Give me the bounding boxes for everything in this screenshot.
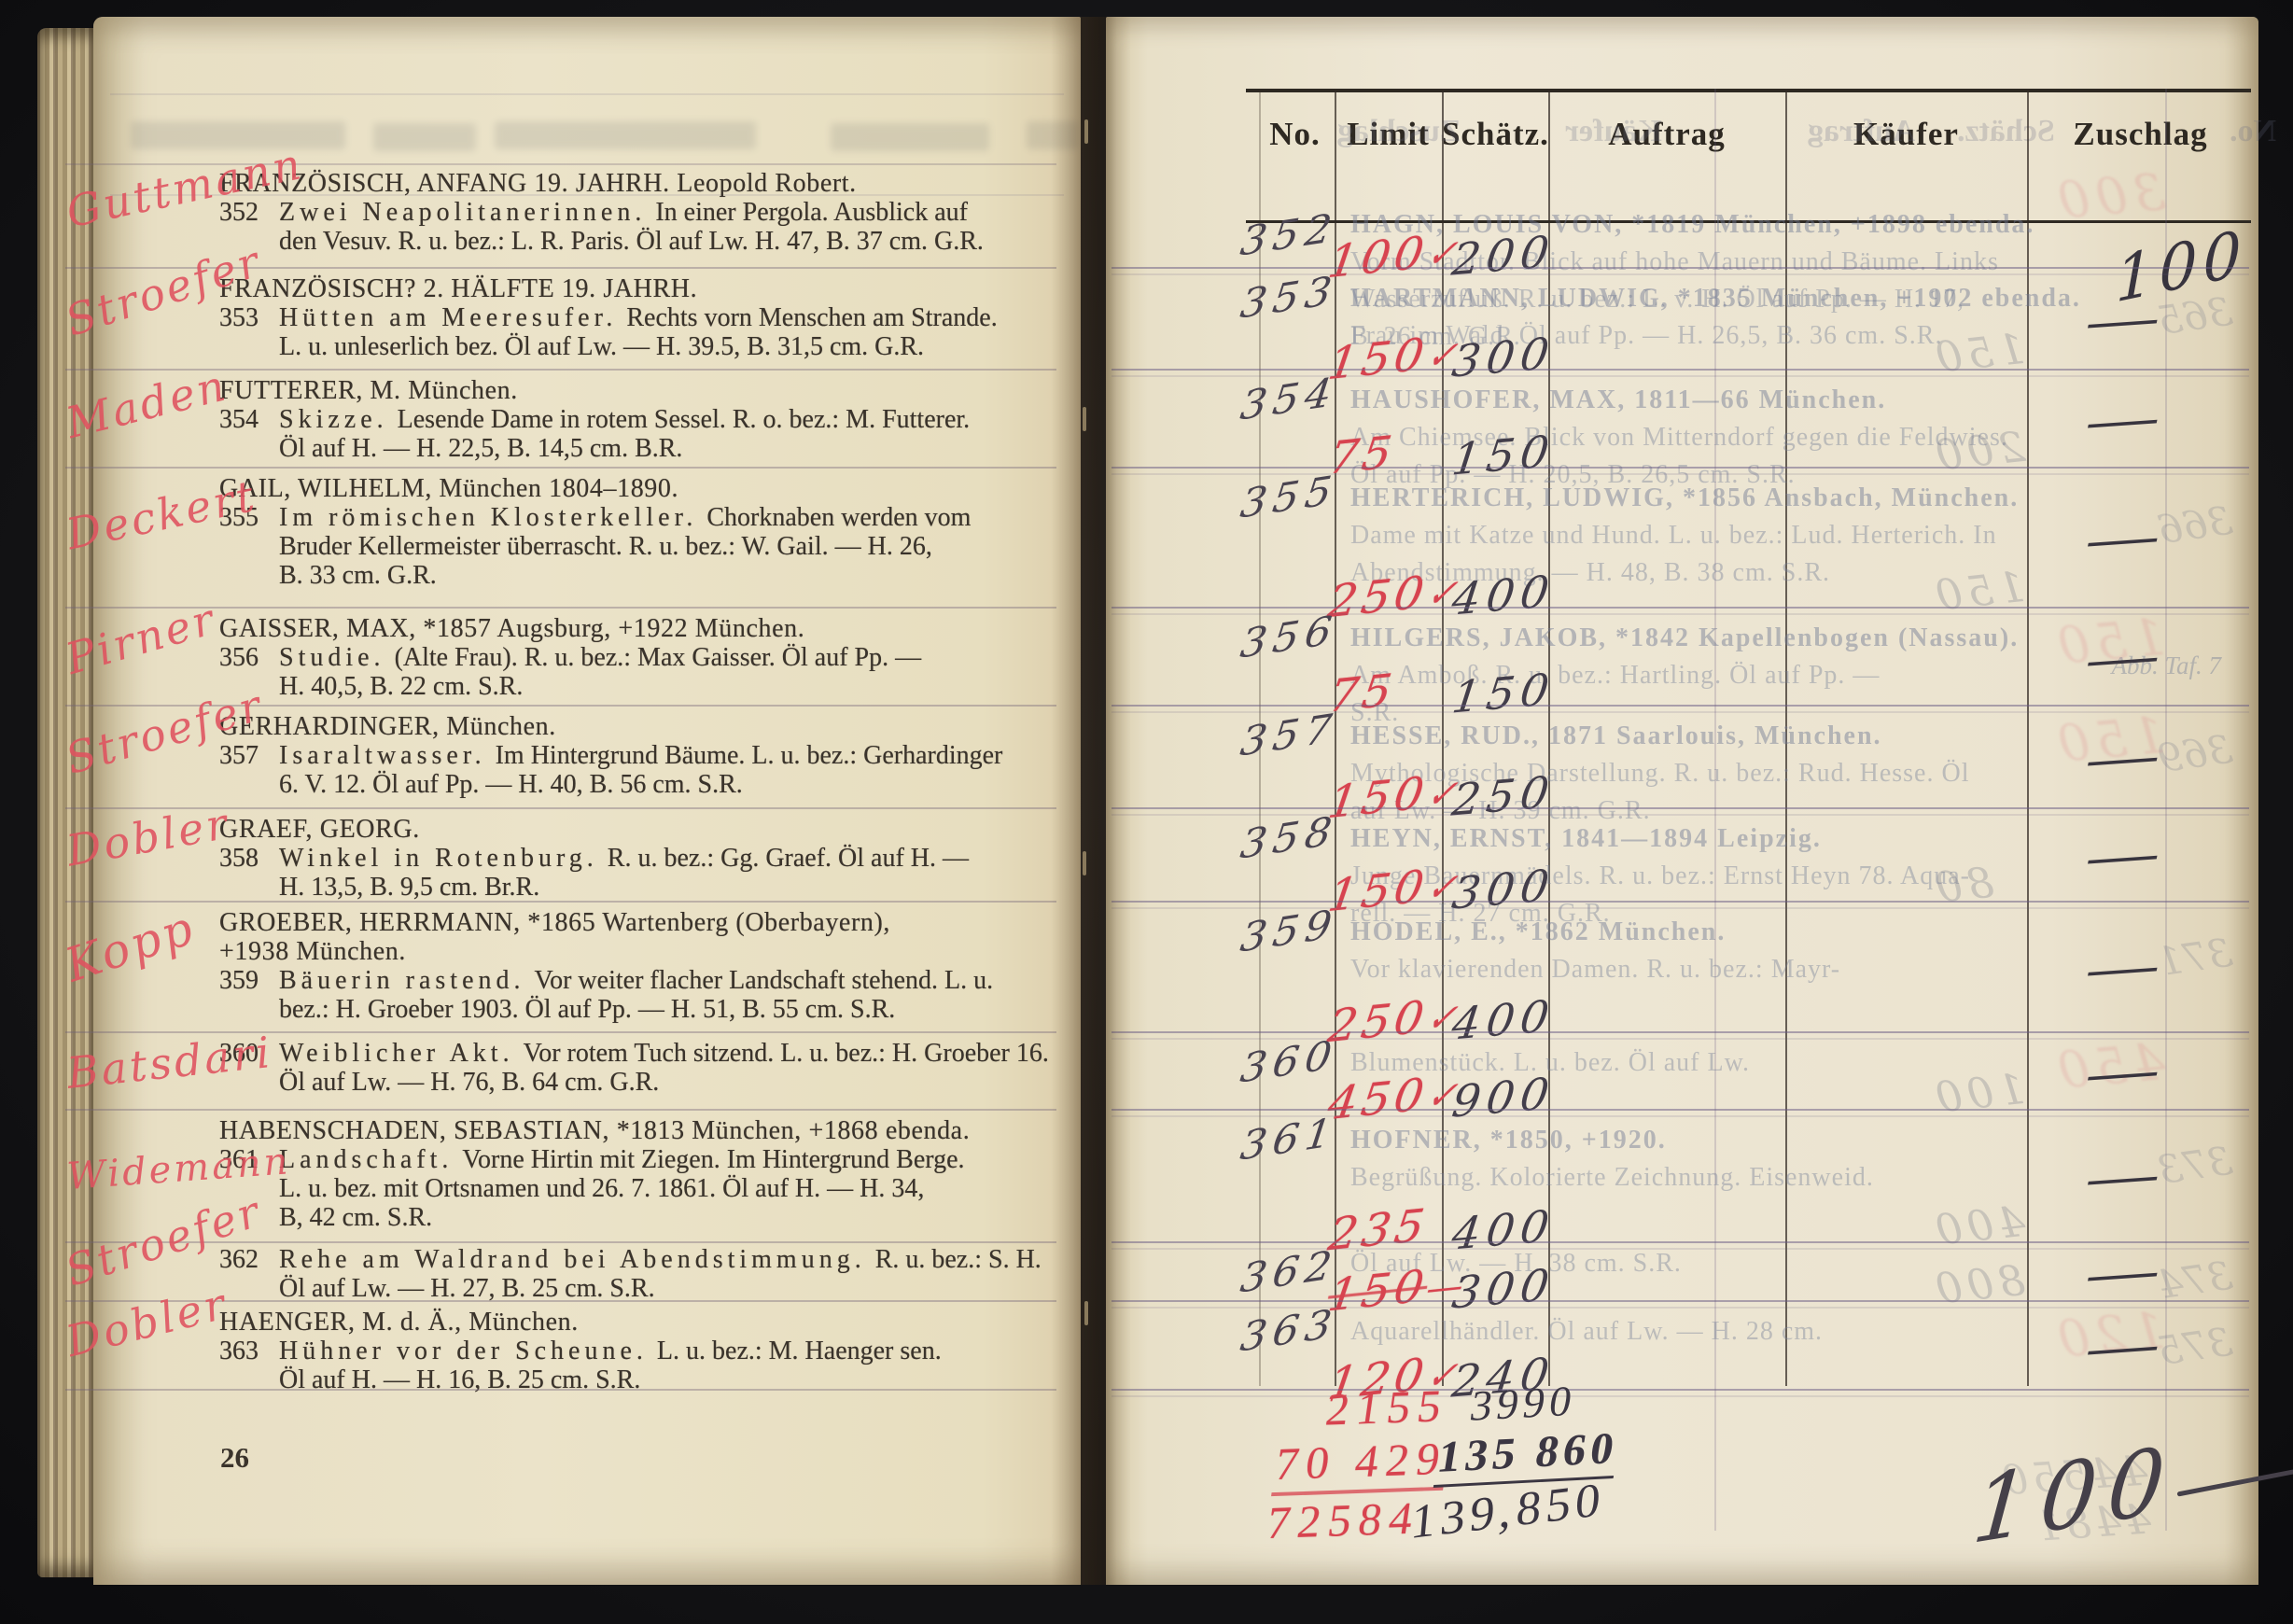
lot-title: Im römischen Klosterkeller. bbox=[279, 503, 697, 532]
lot-title-line: 354Skizze.Lesende Dame in rotem Sessel. … bbox=[219, 405, 1053, 434]
page-number: 26 bbox=[220, 1441, 249, 1475]
lot-title-rest: Vor rotem Tuch sitzend. L. u. bez.: H. G… bbox=[524, 1039, 1049, 1068]
col-header-zuschlag: Zuschlag bbox=[2027, 116, 2254, 153]
handwritten-hammer-price: — bbox=[2082, 287, 2161, 351]
lot-title: Isaraltwasser. bbox=[279, 741, 486, 770]
lot-detail-line: Öl auf Lw. — H. 27, B. 25 cm. S.R. bbox=[279, 1274, 1053, 1303]
lot-title: Winkel in Rotenburg. bbox=[279, 844, 598, 873]
lot-detail-line: Öl auf Lw. — H. 76, B. 64 cm. G.R. bbox=[279, 1068, 1053, 1097]
lot-entry: Kopp GROEBER, HERRMANN, *1865 Wartenberg… bbox=[93, 903, 1081, 1033]
lot-title-rest: In einer Pergola. Ausblick auf bbox=[655, 198, 968, 227]
lot-detail-line: den Vesuv. R. u. bez.: L. R. Paris. Öl a… bbox=[279, 227, 1053, 256]
row-rule bbox=[1112, 1389, 2249, 1391]
handwritten-lot-number: 362 bbox=[1237, 1241, 1340, 1302]
handwritten-lot-number: 355 bbox=[1237, 467, 1340, 527]
show-through-smudge bbox=[373, 123, 476, 151]
lot-text: GAISSER, MAX, *1857 Augsburg, +1922 Münc… bbox=[219, 609, 1053, 701]
lot-title: Hühner vor der Scheune. bbox=[279, 1337, 648, 1365]
handwritten-hammer-price: — bbox=[2082, 936, 2161, 1000]
lot-text: 360Weiblicher Akt.Vor rotem Tuch sitzend… bbox=[219, 1033, 1053, 1097]
lot-text: GAIL, WILHELM, München 1804–1890. 355Im … bbox=[219, 469, 1053, 590]
lot-text: GERHARDINGER, München. 357Isaraltwasser.… bbox=[219, 707, 1053, 799]
lot-text: FUTTERER, M. München. 354Skizze.Lesende … bbox=[219, 371, 1053, 463]
lot-number: 353 bbox=[219, 303, 279, 332]
ledger-row: HEYN, ERNST, 1841—1894 Leipzig. Junge Ba… bbox=[1106, 809, 2258, 903]
lot-artist-line: GERHARDINGER, München. bbox=[219, 712, 1053, 741]
lot-detail-line: H. 13,5, B. 9,5 cm. Br.R. bbox=[279, 873, 1053, 902]
lot-title-line: 360Weiblicher Akt.Vor rotem Tuch sitzend… bbox=[219, 1039, 1053, 1068]
ledger-row: Aquarellhändler. Öl auf Lw. — H. 28 cm. … bbox=[1106, 1302, 2258, 1391]
lot-title-rest: (Alte Frau). R. u. bez.: Max Gaisser. Öl… bbox=[395, 643, 922, 672]
sum-line: 3990 bbox=[1467, 1373, 1630, 1431]
col-header-no: No. bbox=[1255, 116, 1335, 153]
lot-detail-line: Öl auf H. — H. 22,5, B. 14,5 cm. B.R. bbox=[279, 434, 1053, 463]
lot-title: Skizze. bbox=[279, 405, 388, 434]
lot-detail-line: bez.: H. Groeber 1903. Öl auf Pp. — H. 5… bbox=[279, 995, 1053, 1024]
lot-separator bbox=[65, 1389, 1056, 1391]
handwritten-lot-number: 354 bbox=[1237, 369, 1340, 429]
ledger-row: HILGERS, JAKOB, *1842 Kapellenbogen (Nas… bbox=[1106, 609, 2258, 707]
lot-artist-line: FUTTERER, M. München. bbox=[219, 376, 1053, 405]
lot-title: Rehe am Waldrand bei Abendstimmung. bbox=[279, 1245, 866, 1274]
lot-detail-line: L. u. bez. mit Ortsnamen und 26. 7. 1861… bbox=[279, 1174, 1053, 1203]
lot-title-line: 352Zwei Neapolitanerinnen.In einer Pergo… bbox=[219, 198, 1053, 227]
handwritten-hammer-price: — bbox=[2082, 824, 2161, 888]
lot-artist-line: GAISSER, MAX, *1857 Augsburg, +1922 Münc… bbox=[219, 614, 1053, 643]
lot-detail-line: 6. V. 12. Öl auf Pp. — H. 40, B. 56 cm. … bbox=[279, 770, 1053, 799]
lot-title-line: 358Winkel in Rotenburg.R. u. bez.: Gg. G… bbox=[219, 844, 1053, 873]
handwritten-hammer-price: — bbox=[2082, 625, 2161, 689]
show-through-header: No. bbox=[2230, 114, 2276, 149]
ledger-row: HODEL, E., *1862 München. Vor klavierend… bbox=[1106, 903, 2258, 1033]
binding-stitch bbox=[1084, 119, 1088, 144]
lot-detail-line: B. 33 cm. G.R. bbox=[279, 561, 1053, 590]
show-through-number: 375 bbox=[2155, 1318, 2235, 1374]
lot-title-rest: R. u. bez.: S. H. bbox=[875, 1245, 1042, 1274]
show-through-smudge bbox=[831, 123, 989, 151]
show-through-header: Schätz. bbox=[1957, 114, 2055, 149]
ledger-row: HOFNER, *1850, +1920. Begrüßung. Kolorie… bbox=[1106, 1111, 2258, 1243]
lot-number: 357 bbox=[219, 741, 279, 770]
binding-stitch bbox=[1083, 851, 1086, 875]
sum-line: 70 429 bbox=[1271, 1432, 1451, 1496]
lot-text: FRANZÖSISCH, ANFANG 19. JAHRH. Leopold R… bbox=[219, 163, 1053, 256]
estimate-column-sums: 3990 135 860 139,850 bbox=[1424, 1373, 1629, 1543]
lot-title: Zwei Neapolitanerinnen. bbox=[279, 198, 646, 227]
ledger-row: HAUSHOFER, MAX, 1811—66 München. Am Chie… bbox=[1106, 371, 2258, 469]
lot-title-line: 357Isaraltwasser.Im Hintergrund Bäume. L… bbox=[219, 741, 1053, 770]
lot-artist-line: GRAEF, GEORG. bbox=[219, 815, 1053, 844]
show-through-rule bbox=[110, 93, 1064, 95]
show-through-number: 300 bbox=[2049, 162, 2167, 231]
ledger-row: HARTMANN, LUDWIG, *1835 München, +1902 e… bbox=[1106, 269, 2258, 371]
handwritten-lot-number: 359 bbox=[1237, 901, 1340, 961]
handwritten-lot-number: 356 bbox=[1237, 607, 1340, 667]
lot-artist-line: GAIL, WILHELM, München 1804–1890. bbox=[219, 474, 1053, 503]
handwritten-hammer-price: — bbox=[2082, 1145, 2161, 1209]
ledger-row: HERTERICH, LUDWIG, *1856 Ansbach, Münche… bbox=[1106, 469, 2258, 609]
handwritten-lot-number: 361 bbox=[1237, 1109, 1340, 1169]
lot-title: Bäuerin rastend. bbox=[279, 966, 525, 995]
lot-title: Hütten am Meeresufer. bbox=[279, 303, 617, 332]
lot-title-rest: Vor weiter flacher Landschaft stehend. L… bbox=[535, 966, 994, 995]
binding-stitch bbox=[1083, 407, 1086, 431]
handwritten-lot-number: 357 bbox=[1237, 705, 1340, 765]
lot-artist-line: FRANZÖSISCH? 2. HÄLFTE 19. JAHRH. bbox=[219, 274, 1053, 303]
lot-title-rest: Im Hintergrund Bäume. L. u. bez.: Gerhar… bbox=[496, 741, 1003, 770]
pen-stroke bbox=[2177, 1453, 2293, 1496]
show-through-header: Auftrag bbox=[1808, 114, 1915, 149]
lot-number: 363 bbox=[219, 1337, 279, 1365]
handwritten-hammer-price: — bbox=[2082, 1040, 2161, 1103]
lot-artist-line: GROEBER, HERRMANN, *1865 Wartenberg (Obe… bbox=[219, 908, 1053, 937]
lot-title: Studie. bbox=[279, 643, 385, 672]
show-through-smudge bbox=[131, 121, 345, 149]
ledger-row: Öl auf Lw. — H. 38 cm. S.R. 374 800 362 … bbox=[1106, 1243, 2258, 1302]
lot-detail-line: Bruder Kellermeister überrascht. R. u. b… bbox=[279, 532, 1053, 561]
binding-stitch bbox=[1084, 1301, 1088, 1325]
lot-title-rest: Vorne Hirtin mit Ziegen. Im Hintergrund … bbox=[462, 1145, 964, 1174]
lot-detail-line: H. 40,5, B. 22 cm. S.R. bbox=[279, 672, 1053, 701]
show-through-smudge bbox=[1027, 121, 1079, 149]
show-through-smudge bbox=[495, 121, 756, 149]
ledger-row: HAGN, LOUIS VON, *1819 München, +1898 eb… bbox=[1106, 163, 2258, 269]
handwritten-lot-number: 353 bbox=[1237, 267, 1340, 328]
left-page: Guttmann FRANZÖSISCH, ANFANG 19. JAHRH. … bbox=[93, 17, 1081, 1585]
handwritten-hammer-price: — bbox=[2082, 1314, 2161, 1378]
sum-line: 2155 bbox=[1322, 1379, 1459, 1436]
lot-title-rest: Chorknaben werden vom bbox=[706, 503, 971, 532]
handwritten-hammer-price: — bbox=[2082, 726, 2161, 790]
lot-title-line: 356Studie.(Alte Frau). R. u. bez.: Max G… bbox=[219, 643, 1053, 672]
handwritten-hammer-price: — bbox=[2082, 1240, 2161, 1304]
lot-detail-line: L. u. unleserlich bez. Öl auf Lw. — H. 3… bbox=[279, 332, 1053, 361]
lot-text: HAENGER, M. d. Ä., München. 363Hühner vo… bbox=[219, 1302, 1053, 1394]
handwritten-hammer-price: — bbox=[2082, 387, 2161, 451]
lot-title-line: 362Rehe am Waldrand bei Abendstimmung.R.… bbox=[219, 1245, 1053, 1274]
lot-title-line: 359Bäuerin rastend.Vor weiter flacher La… bbox=[219, 966, 1053, 995]
catalog-scan: Guttmann FRANZÖSISCH, ANFANG 19. JAHRH. … bbox=[0, 0, 2293, 1624]
ledger-row: HESSE, RUD., 1871 Saarlouis, München. My… bbox=[1106, 707, 2258, 809]
handwritten-lot-number: 360 bbox=[1237, 1031, 1340, 1092]
handwritten-hammer-price: — bbox=[2082, 507, 2161, 570]
lot-artist-line: +1938 München. bbox=[219, 937, 1053, 966]
lot-detail-line: B, 42 cm. S.R. bbox=[279, 1203, 1053, 1232]
handwritten-lot-number: 352 bbox=[1237, 204, 1340, 265]
lot-number: 356 bbox=[219, 643, 279, 672]
lot-title-rest: L. u. bez.: M. Haenger sen. bbox=[657, 1337, 942, 1365]
lot-title-line: 353Hütten am Meeresufer.Rechts vorn Mens… bbox=[219, 303, 1053, 332]
table-top-rule bbox=[1246, 89, 2251, 92]
lot-artist-line: HAENGER, M. d. Ä., München. bbox=[219, 1308, 1053, 1337]
lot-text: GROEBER, HERRMANN, *1865 Wartenberg (Obe… bbox=[219, 903, 1053, 1024]
lot-title-rest: R. u. bez.: Gg. Graef. Öl auf H. — bbox=[608, 844, 969, 873]
handwritten-lot-number: 363 bbox=[1237, 1300, 1340, 1361]
lot-title-rest: Rechts vorn Menschen am Strande. bbox=[626, 303, 997, 332]
right-page: No. Limit Schätz. Auftrag Käufer Zuschla… bbox=[1106, 17, 2258, 1585]
lot-entry: Maden FUTTERER, M. München. 354Skizze.Le… bbox=[93, 371, 1081, 469]
lot-text: GRAEF, GEORG. 358Winkel in Rotenburg.R. … bbox=[219, 809, 1053, 902]
lot-number: 359 bbox=[219, 966, 279, 995]
lot-entry: Batsdari 360Weiblicher Akt.Vor rotem Tuc… bbox=[93, 1033, 1081, 1111]
lot-text: FRANZÖSISCH? 2. HÄLFTE 19. JAHRH. 353Hüt… bbox=[219, 269, 1053, 361]
lot-title-line: 355Im römischen Klosterkeller.Chorknaben… bbox=[219, 503, 1053, 532]
lot-text: 362Rehe am Waldrand bei Abendstimmung.R.… bbox=[219, 1243, 1053, 1303]
handwritten-lot-number: 358 bbox=[1237, 807, 1340, 868]
lot-title-line: 363Hühner vor der Scheune.L. u. bez.: M.… bbox=[219, 1337, 1053, 1365]
ledger-row: Blumenstück. L. u. bez. Öl auf Lw. 100 4… bbox=[1106, 1033, 2258, 1111]
lot-artist-line: FRANZÖSISCH, ANFANG 19. JAHRH. Leopold R… bbox=[219, 169, 1053, 198]
lot-title-rest: Lesende Dame in rotem Sessel. R. o. bez.… bbox=[398, 405, 971, 434]
lot-entry: Dobler HAENGER, M. d. Ä., München. 363Hü… bbox=[93, 1302, 1081, 1391]
show-through-number: 371 bbox=[2155, 929, 2235, 985]
show-through-header: Käufer bbox=[1565, 114, 1662, 149]
lot-title: Weiblicher Akt. bbox=[279, 1039, 514, 1068]
